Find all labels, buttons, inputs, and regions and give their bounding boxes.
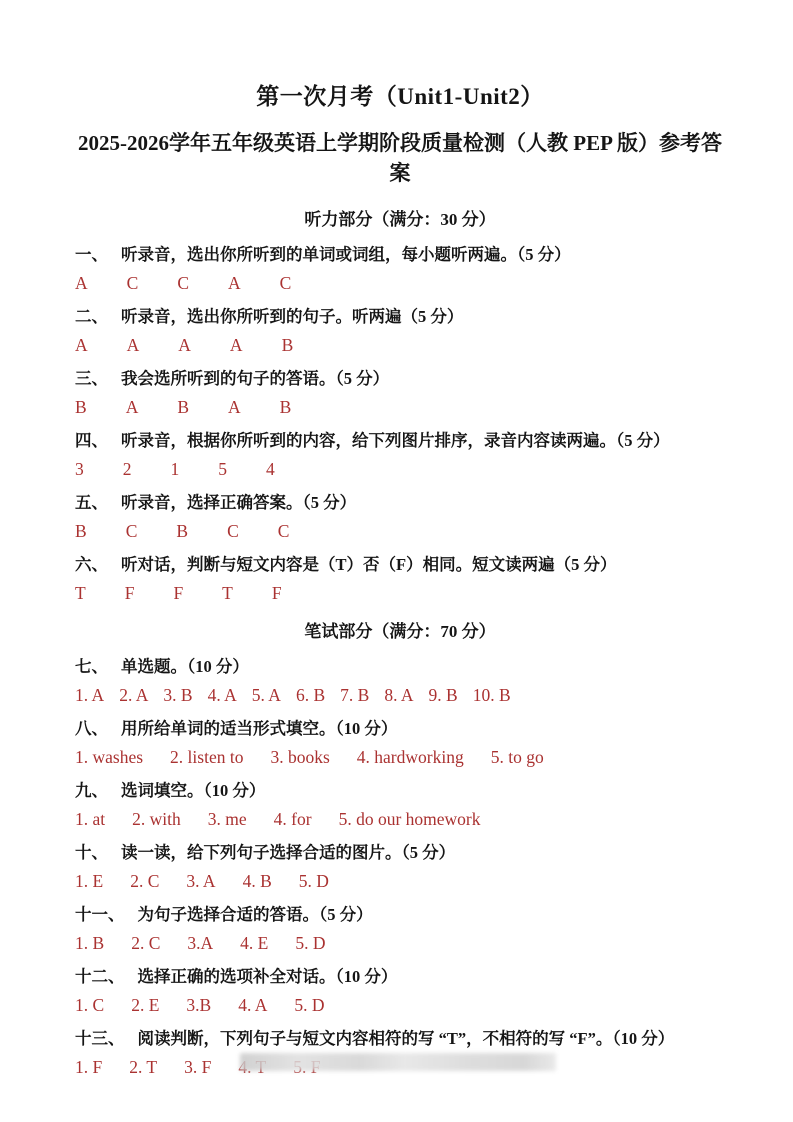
answer-token: 1. at <box>75 809 105 830</box>
question-line: 一、 听录音，选出你所听到的单词或词组，每小题听两遍。（5 分） <box>75 237 725 268</box>
question-number: 八、 <box>75 715 108 739</box>
question-text: 听录音，根据你所听到的内容，给下列图片排序，录音内容读两遍。（5 分） <box>121 427 670 451</box>
answer-token: 8. A <box>384 685 413 706</box>
answer-token: 5. to go <box>491 747 544 768</box>
section-items: 一、 听录音，选出你所听到的单词或词组，每小题听两遍。（5 分） ACCAC 二… <box>75 237 725 609</box>
answer-token: 1. B <box>75 933 104 954</box>
answer-token: 5. A <box>252 685 281 706</box>
answer-token: 4. A <box>238 995 267 1016</box>
answer-line: 1. at2. with3. me4. for5. do our homewor… <box>75 804 725 835</box>
question-item: 二、 听录音，选出你所听到的句子。听两遍（5 分） AAAAB <box>75 299 725 361</box>
question-text: 读一读，给下列句子选择合适的图片。（5 分） <box>121 839 455 863</box>
answer-line: ACCAC <box>75 268 725 299</box>
section-items: 七、 单选题。（10 分） 1. A2. A3. B4. A5. A6. B7.… <box>75 649 725 1083</box>
question-line: 六、 听对话，判断与短文内容是（T）否（F）相同。短文读两遍（5 分） <box>75 547 725 578</box>
watermark-bar <box>240 1053 556 1071</box>
answer-token: B <box>177 397 189 418</box>
question-text: 选择正确的选项补全对话。（10 分） <box>138 963 398 987</box>
answer-token: 3. books <box>270 747 329 768</box>
answer-token: F <box>272 583 282 604</box>
question-line: 八、 用所给单词的适当形式填空。（10 分） <box>75 711 725 742</box>
section-heading: 听力部分（满分：30 分） <box>75 197 725 237</box>
answer-token: 1. F <box>75 1057 102 1078</box>
question-line: 十、 读一读，给下列句子选择合适的图片。（5 分） <box>75 835 725 866</box>
answer-line: 1. B2. C3.A4. E5. D <box>75 928 725 959</box>
answer-line: 32154 <box>75 454 725 485</box>
answer-token: 3.A <box>187 933 213 954</box>
question-item: 五、 听录音，选择正确答案。（5 分） BCBCC <box>75 485 725 547</box>
answer-token: 2. E <box>131 995 159 1016</box>
answer-token: 2. listen to <box>170 747 243 768</box>
question-line: 五、 听录音，选择正确答案。（5 分） <box>75 485 725 516</box>
answer-token: 3. B <box>163 685 192 706</box>
answer-token: 2. T <box>129 1057 157 1078</box>
question-line: 二、 听录音，选出你所听到的句子。听两遍（5 分） <box>75 299 725 330</box>
answer-token: 3. F <box>184 1057 211 1078</box>
question-item: 十三、 阅读判断，下列句子与短文内容相符的写 “T”，不相符的写 “F”。（10… <box>75 1021 725 1083</box>
answer-token: A <box>75 273 88 294</box>
question-number: 十、 <box>75 839 108 863</box>
answer-token: C <box>280 273 292 294</box>
answer-token: 2. C <box>130 871 159 892</box>
page-title: 第一次月考（Unit1-Unit2） <box>75 78 725 111</box>
answer-token: B <box>75 521 87 542</box>
question-number: 九、 <box>75 777 108 801</box>
answer-sheet-page: 第一次月考（Unit1-Unit2） 2025-2026学年五年级英语上学期阶段… <box>0 0 793 1122</box>
answer-token: 3. A <box>186 871 215 892</box>
question-item: 四、 听录音，根据你所听到的内容，给下列图片排序，录音内容读两遍。（5 分） 3… <box>75 423 725 485</box>
question-number: 一、 <box>75 241 108 265</box>
question-number: 三、 <box>75 365 108 389</box>
question-text: 单选题。（10 分） <box>121 653 249 677</box>
question-text: 我会选所听到的句子的答语。（5 分） <box>121 365 389 389</box>
answer-line: 1. A2. A3. B4. A5. A6. B7. B8. A9. B10. … <box>75 680 725 711</box>
answer-line: AAAAB <box>75 330 725 361</box>
question-text: 听录音，选出你所听到的句子。听两遍（5 分） <box>121 303 463 327</box>
answer-token: 1. A <box>75 685 104 706</box>
question-item: 三、 我会选所听到的句子的答语。（5 分） BABAB <box>75 361 725 423</box>
answer-token: T <box>75 583 86 604</box>
question-number: 七、 <box>75 653 108 677</box>
answer-token: C <box>126 521 138 542</box>
answer-token: 3. me <box>208 809 247 830</box>
answer-token: B <box>282 335 294 356</box>
answer-token: A <box>178 335 191 356</box>
question-text: 为句子选择合适的答语。（5 分） <box>138 901 373 925</box>
answer-token: F <box>125 583 135 604</box>
section: 听力部分（满分：30 分） 一、 听录音，选出你所听到的单词或词组，每小题听两遍… <box>75 197 725 609</box>
answer-token: 5. do our homework <box>339 809 481 830</box>
answer-token: 3.B <box>186 995 211 1016</box>
answer-token: 10. B <box>473 685 511 706</box>
answer-line: TFFTF <box>75 578 725 609</box>
question-number: 六、 <box>75 551 108 575</box>
answer-token: 5 <box>218 459 227 480</box>
answer-token: C <box>278 521 290 542</box>
answer-token: A <box>228 397 241 418</box>
page-subtitle: 2025-2026学年五年级英语上学期阶段质量检测（人教 PEP 版）参考答案 <box>75 127 725 187</box>
question-text: 听录音，选择正确答案。（5 分） <box>121 489 356 513</box>
section: 笔试部分（满分：70 分） 七、 单选题。（10 分） 1. A2. A3. B… <box>75 609 725 1083</box>
question-line: 十三、 阅读判断，下列句子与短文内容相符的写 “T”，不相符的写 “F”。（10… <box>75 1021 725 1052</box>
answer-token: A <box>127 335 140 356</box>
answer-token: 4. hardworking <box>357 747 464 768</box>
answer-token: A <box>126 397 139 418</box>
document-body: 听力部分（满分：30 分） 一、 听录音，选出你所听到的单词或词组，每小题听两遍… <box>75 197 725 1083</box>
answer-token: C <box>227 521 239 542</box>
answer-token: 4. for <box>274 809 312 830</box>
answer-line: 1. C2. E3.B4. A5. D <box>75 990 725 1021</box>
answer-token: 2 <box>123 459 132 480</box>
document-content: 第一次月考（Unit1-Unit2） 2025-2026学年五年级英语上学期阶段… <box>0 0 793 1083</box>
answer-token: 1. washes <box>75 747 143 768</box>
question-number: 五、 <box>75 489 108 513</box>
answer-token: A <box>228 273 241 294</box>
question-line: 四、 听录音，根据你所听到的内容，给下列图片排序，录音内容读两遍。（5 分） <box>75 423 725 454</box>
question-item: 十一、 为句子选择合适的答语。（5 分） 1. B2. C3.A4. E5. D <box>75 897 725 959</box>
question-item: 八、 用所给单词的适当形式填空。（10 分） 1. washes2. liste… <box>75 711 725 773</box>
answer-token: 2. C <box>131 933 160 954</box>
question-number: 十二、 <box>75 963 125 987</box>
answer-token: T <box>222 583 233 604</box>
question-number: 四、 <box>75 427 108 451</box>
answer-token: 9. B <box>429 685 458 706</box>
question-item: 十二、 选择正确的选项补全对话。（10 分） 1. C2. E3.B4. A5.… <box>75 959 725 1021</box>
answer-token: 1. C <box>75 995 104 1016</box>
answer-token: 4 <box>266 459 275 480</box>
question-text: 用所给单词的适当形式填空。（10 分） <box>121 715 397 739</box>
answer-line: BABAB <box>75 392 725 423</box>
question-number: 二、 <box>75 303 108 327</box>
question-text: 听录音，选出你所听到的单词或词组，每小题听两遍。（5 分） <box>121 241 571 265</box>
answer-token: 3 <box>75 459 84 480</box>
answer-token: F <box>173 583 183 604</box>
question-text: 听对话，判断与短文内容是（T）否（F）相同。短文读两遍（5 分） <box>121 551 616 575</box>
section-heading: 笔试部分（满分：70 分） <box>75 609 725 649</box>
answer-token: 7. B <box>340 685 369 706</box>
question-number: 十三、 <box>75 1025 125 1049</box>
answer-token: 2. A <box>119 685 148 706</box>
question-line: 十一、 为句子选择合适的答语。（5 分） <box>75 897 725 928</box>
answer-token: 5. D <box>295 933 325 954</box>
answer-token: 4. B <box>243 871 272 892</box>
answer-token: 5. D <box>294 995 324 1016</box>
answer-line: BCBCC <box>75 516 725 547</box>
answer-token: 4. E <box>240 933 268 954</box>
question-text: 选词填空。（10 分） <box>121 777 265 801</box>
question-item: 十、 读一读，给下列句子选择合适的图片。（5 分） 1. E2. C3. A4.… <box>75 835 725 897</box>
question-item: 一、 听录音，选出你所听到的单词或词组，每小题听两遍。（5 分） ACCAC <box>75 237 725 299</box>
answer-token: A <box>230 335 243 356</box>
answer-line: 1. washes2. listen to3. books4. hardwork… <box>75 742 725 773</box>
answer-token: 4. A <box>208 685 237 706</box>
answer-token: B <box>75 397 87 418</box>
answer-token: C <box>177 273 189 294</box>
answer-token: 5. D <box>299 871 329 892</box>
answer-token: 1. E <box>75 871 103 892</box>
answer-token: 6. B <box>296 685 325 706</box>
answer-token: 2. with <box>132 809 181 830</box>
question-item: 七、 单选题。（10 分） 1. A2. A3. B4. A5. A6. B7.… <box>75 649 725 711</box>
answer-token: B <box>280 397 292 418</box>
question-line: 七、 单选题。（10 分） <box>75 649 725 680</box>
answer-token: A <box>75 335 88 356</box>
question-line: 十二、 选择正确的选项补全对话。（10 分） <box>75 959 725 990</box>
question-item: 九、 选词填空。（10 分） 1. at2. with3. me4. for5.… <box>75 773 725 835</box>
question-text: 阅读判断，下列句子与短文内容相符的写 “T”，不相符的写 “F”。（10 分） <box>138 1025 675 1049</box>
question-item: 六、 听对话，判断与短文内容是（T）否（F）相同。短文读两遍（5 分） TFFT… <box>75 547 725 609</box>
answer-token: B <box>176 521 188 542</box>
answer-token: 1 <box>171 459 180 480</box>
answer-token: C <box>127 273 139 294</box>
question-number: 十一、 <box>75 901 125 925</box>
question-line: 三、 我会选所听到的句子的答语。（5 分） <box>75 361 725 392</box>
answer-line: 1. E2. C3. A4. B5. D <box>75 866 725 897</box>
question-line: 九、 选词填空。（10 分） <box>75 773 725 804</box>
